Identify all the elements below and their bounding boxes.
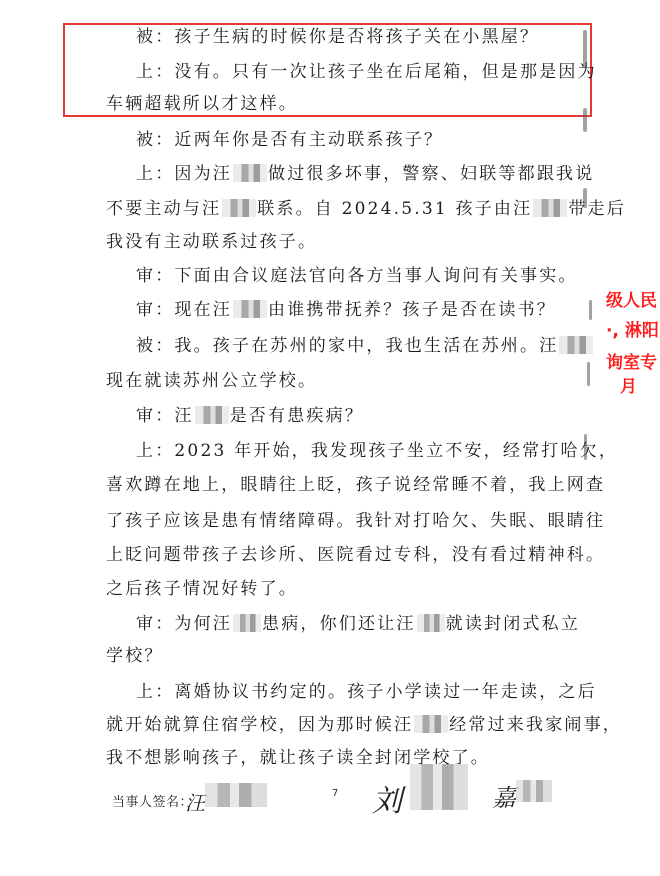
speaker-label: 审： <box>136 614 174 634</box>
line-text: 汪 <box>174 406 193 426</box>
line-text: 了孩子应该是患有情绪障碍。我针对打哈欠、失眠、眼睛往 <box>106 511 605 531</box>
transcript-line-14: 喜欢蹲在地上，眼睛往上眨，孩子说经常睡不着，我上网查 <box>106 474 605 496</box>
line-text: 我。孩子在苏州的家中，我也生活在苏州。汪 <box>174 336 558 356</box>
redacted-name <box>559 336 593 354</box>
line-text: 离婚协议书约定的。孩子小学读过一年走读，之后 <box>174 682 596 702</box>
line-text: 由谁携带抚养？孩子是否在读书？ <box>268 300 556 320</box>
speaker-label: 审： <box>136 300 174 320</box>
redacted-name <box>414 715 448 733</box>
line-text: 2023 年开始，我发现孩子坐立不安，经常打哈欠， <box>174 441 618 461</box>
margin-mark <box>584 434 587 460</box>
transcript-line-7: 我没有主动联系过孩子。 <box>106 231 317 253</box>
line-text: 没有。只有一次让孩子坐在后尾箱，但是那是因为 <box>174 62 596 82</box>
transcript-line-10: 被：我。孩子在苏州的家中，我也生活在苏州。汪 <box>136 335 594 357</box>
margin-mark <box>583 188 587 208</box>
line-text: 经常过来我家闹事， <box>449 715 622 735</box>
line-text: 近两年你是否有主动联系孩子？ <box>174 130 443 150</box>
line-text: 是否有患疾病？ <box>230 406 364 426</box>
signature-3: 嘉 <box>492 778 516 813</box>
line-text: 我没有主动联系过孩子。 <box>106 232 317 252</box>
line-text: 为何汪 <box>174 614 232 634</box>
redacted-name <box>195 406 229 424</box>
line-text: 联系。自 2024.5.31 孩子由汪 <box>257 199 532 219</box>
margin-mark <box>583 30 587 68</box>
speaker-label: 上： <box>136 164 174 184</box>
transcript-line-19: 学校？ <box>106 645 164 667</box>
transcript-line-12: 审：汪是否有患疾病？ <box>136 405 364 427</box>
line-text: 就读封闭式私立 <box>446 614 580 634</box>
transcript-line-16: 上眨问题带孩子去诊所、医院看过专科，没有看过精神科。 <box>106 544 605 566</box>
document-page: 被：孩子生病的时候你是否将孩子关在小黑屋？ 上：没有。只有一次让孩子坐在后尾箱，… <box>0 0 660 876</box>
line-text: 学校？ <box>106 646 164 666</box>
redacted-signature <box>516 780 552 802</box>
margin-mark <box>589 300 592 320</box>
transcript-line-9: 审：现在汪由谁携带抚养？孩子是否在读书？ <box>136 299 556 321</box>
line-text: 就开始就算住宿学校，因为那时候汪 <box>106 715 413 735</box>
line-text: 上眨问题带孩子去诊所、医院看过专科，没有看过精神科。 <box>106 545 605 565</box>
line-text: 车辆超载所以才这样。 <box>106 94 298 114</box>
speaker-label: 审： <box>136 266 174 286</box>
redacted-signature <box>410 764 468 810</box>
redacted-signature <box>205 783 267 807</box>
transcript-line-13: 上：2023 年开始，我发现孩子坐立不安，经常打哈欠， <box>136 440 618 462</box>
transcript-line-20: 上：离婚协议书约定的。孩子小学读过一年走读，之后 <box>136 681 597 703</box>
line-text: 因为汪 <box>174 164 232 184</box>
speaker-label: 上： <box>136 441 174 461</box>
redacted-name <box>533 199 567 217</box>
margin-mark <box>583 108 587 132</box>
line-text: 现在汪 <box>174 300 232 320</box>
transcript-line-2: 上：没有。只有一次让孩子坐在后尾箱，但是那是因为 <box>136 61 597 83</box>
redacted-name <box>233 614 261 632</box>
signature-1: 汪 <box>185 787 205 816</box>
page-mark: 7 <box>332 788 338 799</box>
stamp-line: 询室专 <box>606 352 660 374</box>
transcript-line-21: 就开始就算住宿学校，因为那时候汪经常过来我家闹事， <box>106 714 622 736</box>
line-text: 不要主动与汪 <box>106 199 221 219</box>
transcript-line-4: 被：近两年你是否有主动联系孩子？ <box>136 129 443 151</box>
redacted-name <box>417 614 445 632</box>
line-text: 喜欢蹲在地上，眼睛往上眨，孩子说经常睡不着，我上网查 <box>106 475 605 495</box>
margin-mark <box>587 362 590 386</box>
redacted-name <box>222 199 256 217</box>
line-text: 之后孩子情况好转了。 <box>106 579 298 599</box>
stamp-line: 级人民 <box>606 290 660 312</box>
speaker-label: 被： <box>136 27 174 47</box>
speaker-label: 被： <box>136 130 174 150</box>
transcript-line-1: 被：孩子生病的时候你是否将孩子关在小黑屋？ <box>136 26 539 48</box>
transcript-line-15: 了孩子应该是患有情绪障碍。我针对打哈欠、失眠、眼睛往 <box>106 510 605 532</box>
line-text: 现在就读苏州公立学校。 <box>106 371 317 391</box>
transcript-line-8: 审：下面由合议庭法官向各方当事人询问有关事实。 <box>136 265 578 287</box>
redacted-name <box>233 164 267 182</box>
transcript-line-18: 审：为何汪患病，你们还让汪就读封闭式私立 <box>136 613 580 635</box>
speaker-label: 上： <box>136 682 174 702</box>
line-text: 患病，你们还让汪 <box>262 614 416 634</box>
transcript-line-11: 现在就读苏州公立学校。 <box>106 370 317 392</box>
speaker-label: 审： <box>136 406 174 426</box>
line-text: 下面由合议庭法官向各方当事人询问有关事实。 <box>174 266 577 286</box>
line-text: 做过很多坏事，警察、妇联等都跟我说 <box>268 164 594 184</box>
signature-2: 刘 <box>372 776 402 820</box>
speaker-label: 被： <box>136 336 174 356</box>
transcript-line-6: 不要主动与汪联系。自 2024.5.31 孩子由汪带走后 <box>106 198 626 220</box>
speaker-label: 上： <box>136 62 174 82</box>
signature-label: 当事人签名： <box>112 791 193 810</box>
line-text: 孩子生病的时候你是否将孩子关在小黑屋？ <box>174 27 539 47</box>
transcript-line-5: 上：因为汪做过很多坏事，警察、妇联等都跟我说 <box>136 163 594 185</box>
line-text: 带走后 <box>568 199 626 219</box>
stamp-line: 月 <box>620 376 660 398</box>
stamp-line: ·, 淋阳 <box>606 320 660 342</box>
transcript-line-3: 车辆超载所以才这样。 <box>106 93 298 115</box>
court-seal-stamp: 级人民 ·, 淋阳 询室专 月 <box>606 290 660 420</box>
transcript-line-17: 之后孩子情况好转了。 <box>106 578 298 600</box>
redacted-name <box>233 300 267 318</box>
